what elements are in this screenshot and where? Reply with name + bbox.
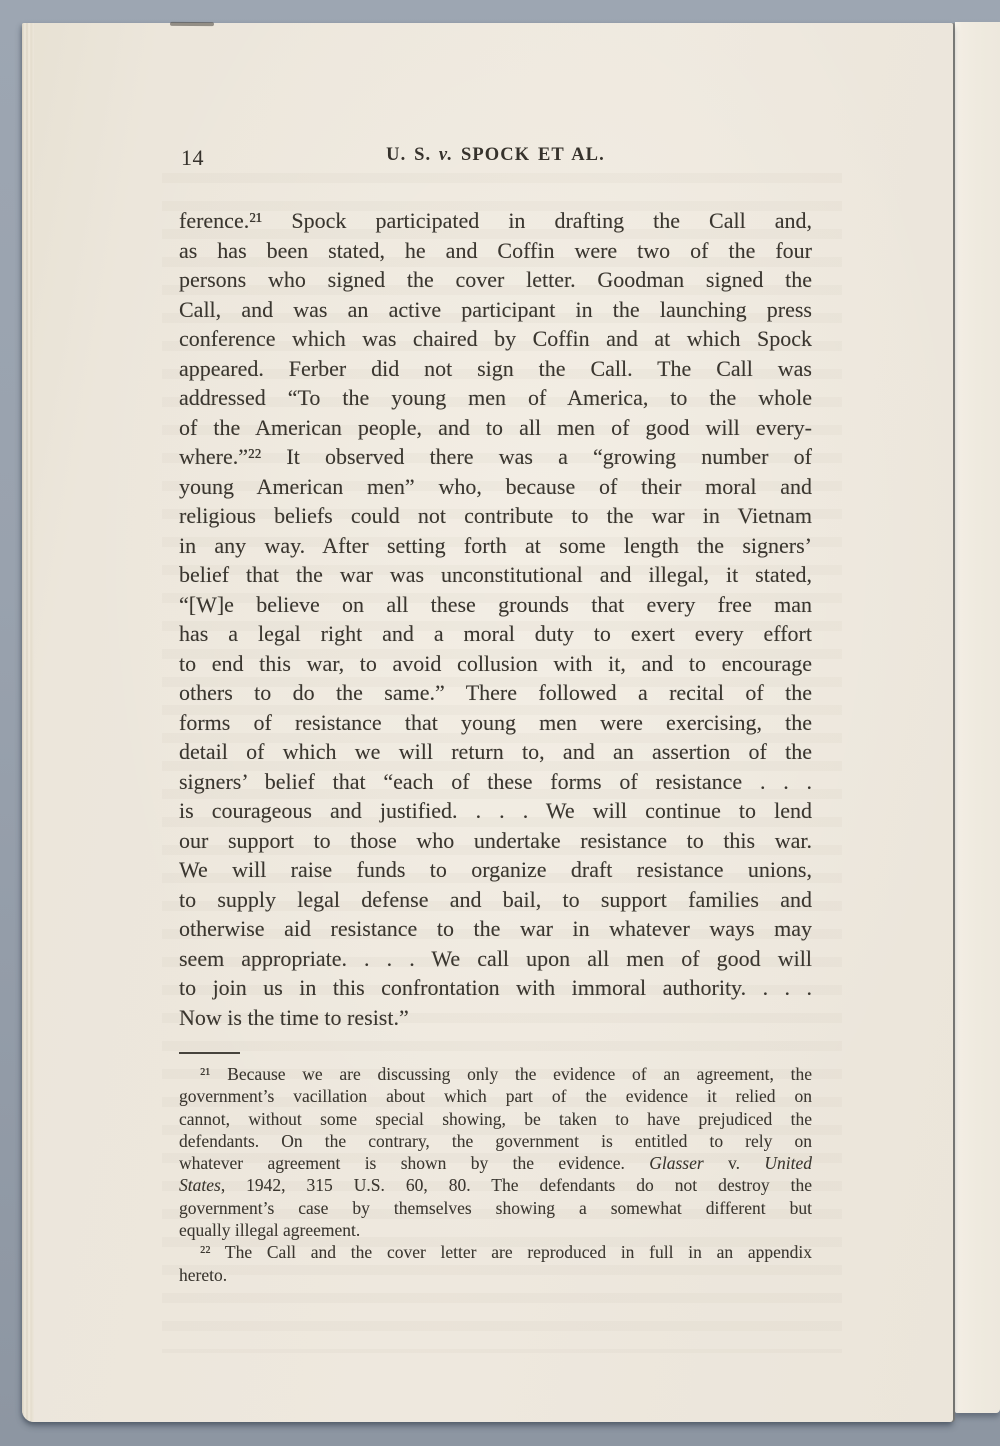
- opinion-text-line: young American men” who, because of thei…: [179, 472, 812, 502]
- footnote-line: government’s vacillation about which par…: [179, 1085, 812, 1107]
- opinion-text-line: ference.²¹ Spock participated in draftin…: [179, 206, 812, 236]
- opinion-text-line: to join us in this confrontation with im…: [179, 973, 812, 1003]
- opinion-text-line: persons who signed the cover letter. Goo…: [179, 265, 812, 295]
- opinion-text-line: addressed “To the young men of America, …: [179, 383, 812, 413]
- opinion-text-line: our support to those who undertake resis…: [179, 826, 812, 856]
- opinion-text-line: where.”²² It observed there was a “growi…: [179, 442, 812, 472]
- opinion-text-line: religious beliefs could not contribute t…: [179, 501, 812, 531]
- footnote-line: equally illegal agreement.: [179, 1219, 812, 1241]
- desk-surface: 14 U. S. v. SPOCK ET AL. ference.²¹ Spoc…: [0, 0, 1000, 1446]
- running-head-versus: v.: [439, 145, 453, 165]
- opinion-text-line: as has been stated, he and Coffin were t…: [179, 236, 812, 266]
- opinion-text-line: “[W]e believe on all these grounds that …: [179, 590, 812, 620]
- opinion-text-line: to supply legal defense and bail, to sup…: [179, 885, 812, 915]
- footnote-line: defendants. On the contrary, the governm…: [179, 1130, 812, 1152]
- footnote-rule: [179, 1052, 240, 1054]
- case-citation: States: [179, 1175, 221, 1195]
- page-number: 14: [181, 145, 204, 171]
- opinion-text-line: We will raise funds to organize draft re…: [179, 855, 812, 885]
- running-head-text: U. S.: [386, 145, 439, 165]
- opinion-text-line: Now is the time to resist.”: [179, 1003, 812, 1033]
- page-edge-stack: [22, 23, 34, 1422]
- footnote-line: cannot, without some special showing, be…: [179, 1108, 812, 1130]
- footnote-line: hereto.: [179, 1264, 812, 1286]
- opinion-text-line: belief that the war was unconstitutional…: [179, 560, 812, 590]
- opinion-text-line: appeared. Ferber did not sign the Call. …: [179, 354, 812, 384]
- footnote-text-segment: , 1942, 315 U.S. 60, 80. The defendants …: [221, 1175, 812, 1195]
- opinion-text-line: signers’ belief that “each of these form…: [179, 767, 812, 797]
- running-head: U. S. v. SPOCK ET AL.: [179, 145, 812, 166]
- book-page: 14 U. S. v. SPOCK ET AL. ference.²¹ Spoc…: [22, 23, 953, 1422]
- footnote-line: ²² The Call and the cover letter are rep…: [179, 1241, 812, 1263]
- case-citation: Glasser: [649, 1153, 703, 1173]
- case-citation: United: [764, 1153, 812, 1173]
- next-page-edge: [955, 22, 1000, 1413]
- opinion-text-line: otherwise aid resistance to the war in w…: [179, 914, 812, 944]
- opinion-text-line: forms of resistance that young men were …: [179, 708, 812, 738]
- opinion-text-line: Call, and was an active participant in t…: [179, 295, 812, 325]
- opinion-text-line: is courageous and justified. . . . We wi…: [179, 796, 812, 826]
- opinion-text: ference.²¹ Spock participated in draftin…: [179, 206, 812, 1032]
- footnote-line: whatever agreement is shown by the evide…: [179, 1152, 812, 1174]
- opinion-text-line: of the American people, and to all men o…: [179, 413, 812, 443]
- opinion-text-line: has a legal right and a moral duty to ex…: [179, 619, 812, 649]
- opinion-text-line: others to do the same.” There followed a…: [179, 678, 812, 708]
- footnote-line: States, 1942, 315 U.S. 60, 80. The defen…: [179, 1174, 812, 1196]
- opinion-text-line: seem appropriate. . . . We call upon all…: [179, 944, 812, 974]
- footnote-line: government’s case by themselves showing …: [179, 1197, 812, 1219]
- footnote-text-segment: v.: [704, 1153, 765, 1173]
- footnote-line: ²¹ Because we are discussing only the ev…: [179, 1063, 812, 1085]
- footnotes-section: ²¹ Because we are discussing only the ev…: [179, 1063, 812, 1286]
- running-head-text: SPOCK ET AL.: [453, 145, 605, 165]
- opinion-text-line: conference which was chaired by Coffin a…: [179, 324, 812, 354]
- page-header: 14 U. S. v. SPOCK ET AL.: [179, 145, 812, 173]
- opinion-text-line: to end this war, to avoid collusion with…: [179, 649, 812, 679]
- opinion-text-line: detail of which we will return to, and a…: [179, 737, 812, 767]
- opinion-text-line: in any way. After setting forth at some …: [179, 531, 812, 561]
- footnote-text-segment: whatever agreement is shown by the evide…: [179, 1153, 649, 1173]
- page-top-ink-mark: [170, 22, 214, 26]
